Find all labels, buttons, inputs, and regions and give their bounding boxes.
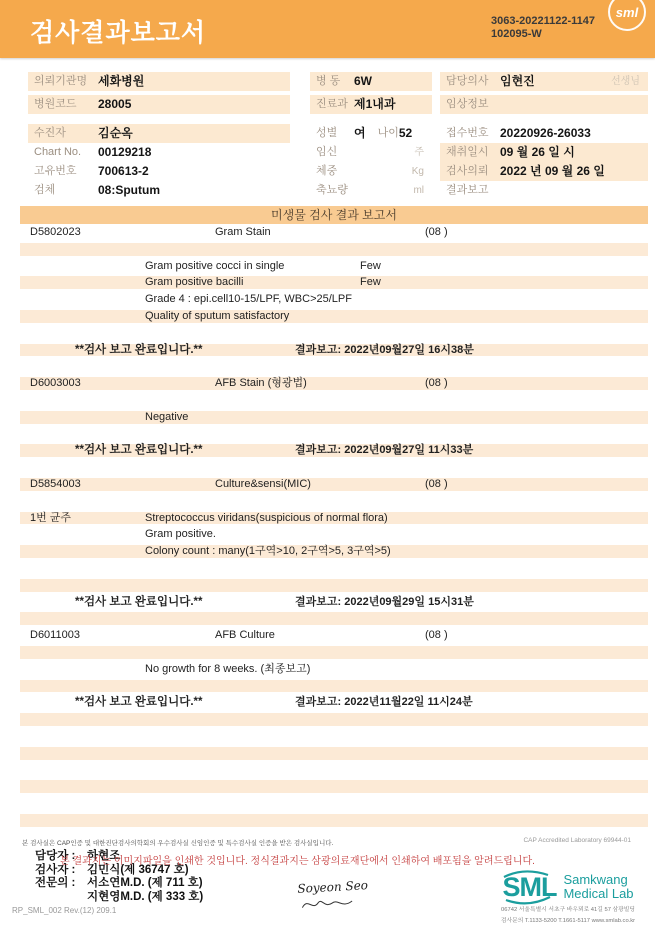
sml-lab-name: Samkwang Medical Lab <box>563 873 633 901</box>
table-row: Gram positive cocci in single Few <box>20 258 648 275</box>
table-row <box>20 795 648 812</box>
info-row: 검체08:Sputum <box>28 181 290 200</box>
info-row: 담당의사임현진 선생님 <box>440 72 648 91</box>
info-row: Chart No.00129218 <box>28 143 290 162</box>
sml-swoosh-icon <box>498 868 554 906</box>
table-row: Negative <box>20 409 648 426</box>
cell-result-description: Grade 4 : epi.cell10-15/LPF, WBC>25/LPF <box>145 291 352 308</box>
cell-test-name: Gram Stain <box>215 224 271 241</box>
sml-emblem-icon: sml <box>608 0 646 31</box>
table-row: **검사 보고 완료입니다.** 결과보고: 2022년09월27일 11시33… <box>20 442 648 459</box>
info-value: 여 <box>354 126 366 140</box>
patient-info-left: 의뢰기관명세화병원 병원코드28005 수진자김순옥 Chart No.0012… <box>28 72 290 200</box>
table-row <box>20 711 648 728</box>
cell-test-code: D5802023 <box>30 224 81 241</box>
info-label: 임상정보 <box>440 95 500 114</box>
table-row <box>20 392 648 409</box>
info-value: 09 월 26 일 시 <box>500 145 575 159</box>
info-unit: Kg <box>412 162 424 181</box>
table-row <box>20 644 648 661</box>
table-row: **검사 보고 완료입니다.** 결과보고: 2022년11월22일 11시24… <box>20 694 648 711</box>
table-row: D5854003 Culture&sensi(MIC) (08 ) <box>20 476 648 493</box>
microbiology-result-table: 미생물 검사 결과 보고서 D5802023 Gram Stain (08 ) … <box>20 206 648 829</box>
table-row <box>20 577 648 594</box>
table-row: D6003003 AFB Stain (형광법) (08 ) <box>20 375 648 392</box>
signature: Soyeon Seo <box>297 878 370 921</box>
info-value: 김순옥 <box>98 126 133 140</box>
cell-report-complete: **검사 보고 완료입니다.** <box>75 694 202 711</box>
table-row: 1번 균주 Streptococcus viridans(suspicious … <box>20 510 648 527</box>
info-row: 수진자김순옥 <box>28 124 290 143</box>
table-row <box>20 762 648 779</box>
signature-scribble-icon <box>298 892 369 916</box>
cell-report-datetime: 결과보고: 2022년11월22일 11시24분 <box>295 694 473 711</box>
info-label: 병 동 <box>310 72 354 91</box>
info-value: 08:Sputum <box>98 183 160 197</box>
staff-role: 전문의 : <box>35 877 87 891</box>
cell-test-code: 1번 균주 <box>30 512 71 525</box>
cell-result-description: Gram positive. <box>145 526 216 543</box>
info-value: 700613-2 <box>98 164 149 178</box>
lab-report-page: 검사결과보고서 3063-20221122-1147 102095-W sml … <box>0 0 655 925</box>
info-row: 검사의뢰2022 년 09 월 26 일 <box>440 162 648 181</box>
print-notice: 본 결과지는 이미지파일을 인쇄한 것입니다. 정식결과지는 삼광의료재단에서 … <box>60 852 535 867</box>
info-value: 세화병원 <box>98 74 144 88</box>
info-row: 채취일시09 월 26 일 시 <box>440 143 648 162</box>
cell-specimen-ref: (08 ) <box>425 224 448 241</box>
report-header: 검사결과보고서 3063-20221122-1147 102095-W sml <box>0 0 655 58</box>
info-value: 28005 <box>98 97 131 111</box>
table-row <box>20 812 648 829</box>
info-row: 의뢰기관명세화병원 <box>28 72 290 91</box>
info-value: 00129218 <box>98 145 151 159</box>
cell-report-datetime: 결과보고: 2022년09월27일 11시33분 <box>295 444 473 457</box>
info-label: 결과보고 <box>440 181 500 200</box>
table-row <box>20 560 648 577</box>
table-row: **검사 보고 완료입니다.** 결과보고: 2022년09월29일 15시31… <box>20 594 648 611</box>
cell-result-description: Streptococcus viridans(suspicious of nor… <box>145 512 388 525</box>
cell-result-value: Few <box>360 258 381 275</box>
cell-specimen-ref: (08 ) <box>425 377 448 390</box>
table-row: Grade 4 : epi.cell10-15/LPF, WBC>25/LPF <box>20 291 648 308</box>
cell-result-description: Gram positive bacilli <box>145 276 243 289</box>
cell-result-description: Negative <box>145 411 188 424</box>
lab-contact: 검사문의 T.1133-5200 T.1661-5117 www.smlab.c… <box>488 915 648 924</box>
staff-line: 지현영M.D. (제 333 호) <box>35 891 203 905</box>
info-unit: 주 <box>414 143 424 162</box>
form-code: RP_SML_002 Rev.(12) 209.1 <box>12 906 116 915</box>
info-label: 병원코드 <box>28 95 98 114</box>
info-label: 축뇨량 <box>310 181 354 200</box>
staff-name: 서소연M.D. (제 711 호) <box>87 877 203 889</box>
table-row <box>20 358 648 375</box>
info-label: 검사의뢰 <box>440 162 500 181</box>
accreditation-text-ko: 본 검사실은 CAP인증 및 대한진단검사의학회의 우수검사실 신임인증 및 특… <box>22 838 333 847</box>
info-row: 축뇨량 ml <box>310 181 432 200</box>
table-row <box>20 728 648 745</box>
info-label: 의뢰기관명 <box>28 72 98 91</box>
cell-report-datetime: 결과보고: 2022년09월29일 15시31분 <box>295 594 474 611</box>
table-row: No growth for 8 weeks. (최종보고) <box>20 661 648 678</box>
info-label: 진료과 <box>310 95 354 114</box>
info-label: 성별 <box>310 124 354 143</box>
sml-name-line1: Samkwang <box>563 873 633 887</box>
table-row: **검사 보고 완료입니다.** 결과보고: 2022년09월27일 16시38… <box>20 342 648 359</box>
info-value: 제1내과 <box>354 97 395 111</box>
info-suffix: 선생님 <box>611 72 640 91</box>
report-number: 3063-20221122-1147 102095-W <box>491 15 595 41</box>
info-label-2: 나이 <box>378 124 399 143</box>
info-row: 체중 Kg <box>310 162 432 181</box>
info-row: 병 동6W <box>310 72 432 91</box>
table-row <box>20 678 648 695</box>
info-row: 성별여나이52 <box>310 124 432 143</box>
info-row: 병원코드28005 <box>28 95 290 114</box>
info-unit: ml <box>413 181 424 200</box>
info-value: 임현진 <box>500 74 535 88</box>
info-row: 임신 주 <box>310 143 432 162</box>
info-label: 채취일시 <box>440 143 500 162</box>
patient-info-middle: 병 동6W 진료과제1내과 성별여나이52 임신 주 체중 Kg 축뇨량 ml <box>310 72 432 200</box>
cell-report-complete: **검사 보고 완료입니다.** <box>75 444 202 457</box>
info-label: 담당의사 <box>440 72 500 91</box>
info-row: 결과보고 <box>440 181 648 200</box>
report-number-line1: 3063-20221122-1147 <box>491 15 595 28</box>
table-row <box>20 745 648 762</box>
sml-logo-block: SML Samkwang Medical Lab 06742 서울특별시 서초구… <box>488 872 648 924</box>
info-value: 6W <box>354 74 372 88</box>
staff-line: 전문의 :서소연M.D. (제 711 호) <box>35 877 203 891</box>
cell-test-code: D6003003 <box>30 377 81 390</box>
cell-test-name: Culture&sensi(MIC) <box>215 478 311 491</box>
table-row: Gram positive bacilli Few <box>20 274 648 291</box>
info-row: 고유번호700613-2 <box>28 162 290 181</box>
accreditation-text-en: CAP Accredited Laboratory 69944-01 <box>523 837 631 844</box>
sml-logo-icon: SML <box>502 872 556 902</box>
table-row <box>20 325 648 342</box>
table-row <box>20 610 648 627</box>
report-number-line2: 102095-W <box>491 28 595 41</box>
cell-test-name: AFB Stain (형광법) <box>215 377 307 390</box>
table-row <box>20 493 648 510</box>
cell-result-description: Quality of sputum satisfactory <box>145 310 289 323</box>
info-label: 검체 <box>28 181 98 200</box>
table-row: Gram positive. <box>20 526 648 543</box>
info-row: 임상정보 <box>440 95 648 114</box>
result-rows: D5802023 Gram Stain (08 ) Gram positive … <box>20 224 648 829</box>
cell-specimen-ref: (08 ) <box>425 478 448 491</box>
cell-test-name: AFB Culture <box>215 627 275 644</box>
cell-report-complete: **검사 보고 완료입니다.** <box>75 344 202 357</box>
table-row <box>20 459 648 476</box>
table-row <box>20 778 648 795</box>
info-value: 20220926-26033 <box>500 126 591 140</box>
cell-specimen-ref: (08 ) <box>425 627 448 644</box>
info-value: 2022 년 09 월 26 일 <box>500 164 605 178</box>
sml-name-line2: Medical Lab <box>563 887 633 901</box>
cell-result-value: Few <box>360 276 381 289</box>
section-title: 미생물 검사 결과 보고서 <box>20 206 648 224</box>
info-label: 고유번호 <box>28 162 98 181</box>
patient-info-right: 담당의사임현진 선생님 임상정보 접수번호20220926-26033 채취일시… <box>440 72 648 200</box>
cell-test-code: D5854003 <box>30 478 81 491</box>
page-title: 검사결과보고서 <box>30 13 206 49</box>
table-row <box>20 241 648 258</box>
table-row: D6011003 AFB Culture (08 ) <box>20 627 648 644</box>
cell-result-description: Colony count : many(1구역>10, 2구역>5, 3구역>5… <box>145 545 391 558</box>
cell-report-complete: **검사 보고 완료입니다.** <box>75 594 202 611</box>
info-value-2: 52 <box>399 126 412 140</box>
table-row: D5802023 Gram Stain (08 ) <box>20 224 648 241</box>
info-label: Chart No. <box>28 143 98 162</box>
cell-test-code: D6011003 <box>30 627 80 644</box>
table-row <box>20 426 648 443</box>
table-row: Quality of sputum satisfactory <box>20 308 648 325</box>
info-label: 수진자 <box>28 124 98 143</box>
info-row: 진료과제1내과 <box>310 95 432 114</box>
cell-report-datetime: 결과보고: 2022년09월27일 16시38분 <box>295 344 474 357</box>
info-row: 접수번호20220926-26033 <box>440 124 648 143</box>
cell-result-description: No growth for 8 weeks. (최종보고) <box>145 661 310 678</box>
info-label: 체중 <box>310 162 354 181</box>
info-label: 임신 <box>310 143 354 162</box>
staff-name: 지현영M.D. (제 333 호) <box>87 891 203 903</box>
info-label: 접수번호 <box>440 124 500 143</box>
table-row: Colony count : many(1구역>10, 2구역>5, 3구역>5… <box>20 543 648 560</box>
cell-result-description: Gram positive cocci in single <box>145 258 284 275</box>
